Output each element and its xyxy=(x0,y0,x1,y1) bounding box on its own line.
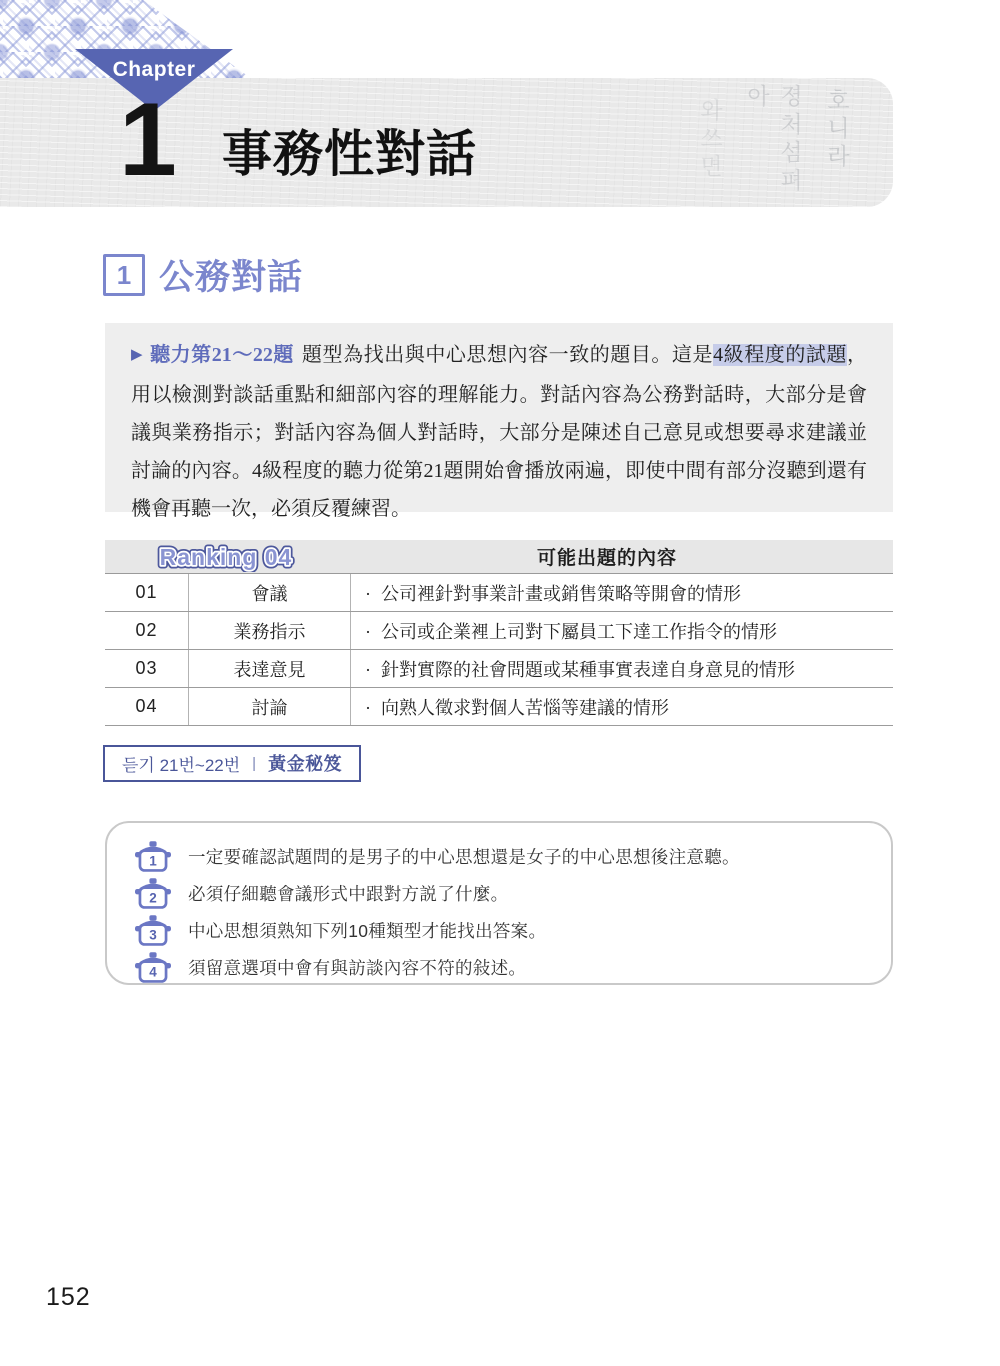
golden-tips-title: 黃金秘笈 xyxy=(268,750,342,776)
bullet-icon: · xyxy=(365,584,371,604)
pot-icon: 4 xyxy=(135,952,171,983)
section-title: 公務對話 xyxy=(159,250,303,300)
row-description: ·公司或企業裡上司對下屬員工下達工作指令的情形 xyxy=(351,618,893,644)
tip-number: 4 xyxy=(149,965,157,980)
intro-paragraph: ▶聽力第21～22題題型為找出與中心思想內容一致的題目。這是4級程度的試題，用以… xyxy=(105,323,893,512)
tip-text: 中心思想須熟知下列10種類型才能找出答案。 xyxy=(188,918,546,943)
bullet-icon: · xyxy=(365,660,371,680)
listening-range-korean: 듣기 21번~22번 xyxy=(122,751,240,776)
intro-lead: 聽力第21～22題 xyxy=(150,344,294,366)
hangul-calligraphy-watermark: 와쓰면 졍처섬펴아 호니라 xyxy=(693,84,853,202)
row-number: 03 xyxy=(105,650,189,687)
tip-text: 須留意選項中會有與訪談內容不符的敍述。 xyxy=(188,955,526,980)
watermark-column: 와쓰면 xyxy=(693,98,726,182)
bullet-icon: · xyxy=(365,622,371,642)
table-row: 03 表達意見 ·針對實際的社會問題或某種事實表達自身意見的情形 xyxy=(105,650,893,688)
row-category: 業務指示 xyxy=(189,612,351,649)
row-description-text: 針對實際的社會問題或某種事實表達自身意見的情形 xyxy=(381,660,795,680)
pot-icon: 1 xyxy=(135,841,171,872)
list-item: 4 須留意選項中會有與訪談內容不符的敍述。 xyxy=(135,949,867,986)
ranking-table-title: 可能出題的內容 xyxy=(321,543,893,570)
table-row: 01 會議 ·公司裡針對事業計畫或銷售策略等開會的情形 xyxy=(105,574,893,612)
pot-icon: 3 xyxy=(135,915,171,946)
tip-number: 2 xyxy=(149,891,157,906)
ranking-badge: Ranking 04 Ranking 04 xyxy=(131,542,321,572)
row-description: ·公司裡針對事業計畫或銷售策略等開會的情形 xyxy=(351,580,893,606)
pot-icon: 2 xyxy=(135,878,171,909)
row-category: 表達意見 xyxy=(189,650,351,687)
watermark-column: 졍처섬펴아 xyxy=(740,84,806,202)
bullet-icon: · xyxy=(365,698,371,718)
tip-number: 1 xyxy=(149,854,157,869)
page-number: 152 xyxy=(46,1283,91,1312)
table-row: 02 業務指示 ·公司或企業裡上司對下屬員工下達工作指令的情形 xyxy=(105,612,893,650)
ranking-badge-text: Ranking 04 xyxy=(160,544,293,570)
row-description: ·向熟人徵求對個人苦惱等建議的情形 xyxy=(351,694,893,720)
section-number: 1 xyxy=(117,260,131,291)
list-item: 2 必須仔細聽會議形式中跟對方説了什麼。 xyxy=(135,875,867,912)
arrow-right-icon: ▶ xyxy=(131,346,143,363)
row-description-text: 公司裡針對事業計畫或銷售策略等開會的情形 xyxy=(381,584,741,604)
golden-tips-box: 1 一定要確認試題問的是男子的中心思想還是女子的中心思想後注意聽。 2 必須仔細… xyxy=(105,821,893,985)
book-page: 와쓰면 졍처섬펴아 호니라 Chapter 1 事務性對話 1 公務對話 ▶聽力… xyxy=(0,0,1000,1366)
label-divider: | xyxy=(252,755,256,772)
row-description: ·針對實際的社會問題或某種事實表達自身意見的情形 xyxy=(351,656,893,682)
watermark-column: 호니라 xyxy=(820,88,853,172)
row-description-text: 向熟人徵求對個人苦惱等建議的情形 xyxy=(381,698,669,718)
row-number: 02 xyxy=(105,612,189,649)
chapter-title: 事務性對話 xyxy=(222,114,477,186)
row-category: 會議 xyxy=(189,574,351,611)
row-category: 討論 xyxy=(189,688,351,725)
chapter-number: 1 xyxy=(119,88,177,192)
row-number: 04 xyxy=(105,688,189,725)
intro-body-1: 題型為找出與中心思想內容一致的題目。這是 xyxy=(302,344,713,366)
list-item: 1 一定要確認試題問的是男子的中心思想還是女子的中心思想後注意聽。 xyxy=(135,838,867,875)
tip-number: 3 xyxy=(149,928,157,943)
ranking-table: Ranking 04 Ranking 04 可能出題的內容 01 會議 ·公司裡… xyxy=(105,540,893,726)
intro-highlight: 4級程度的試題 xyxy=(713,344,847,366)
list-item: 3 中心思想須熟知下列10種類型才能找出答案。 xyxy=(135,912,867,949)
section-number-box: 1 xyxy=(103,254,145,296)
ranking-table-header: Ranking 04 Ranking 04 可能出題的內容 xyxy=(105,540,893,574)
table-row: 04 討論 ·向熟人徵求對個人苦惱等建議的情形 xyxy=(105,688,893,726)
row-description-text: 公司或企業裡上司對下屬員工下達工作指令的情形 xyxy=(381,622,777,642)
tip-text: 必須仔細聽會議形式中跟對方説了什麼。 xyxy=(188,881,508,906)
intro-body-2: ，用以檢測對談話重點和細部內容的理解能力。對話內容為公務對話時，大部分是會議與業… xyxy=(131,344,867,520)
tip-text: 一定要確認試題問的是男子的中心思想還是女子的中心思想後注意聽。 xyxy=(188,844,740,869)
listening-range-label: 듣기 21번~22번 | 黃金秘笈 xyxy=(103,745,361,782)
row-number: 01 xyxy=(105,574,189,611)
section-heading: 1 公務對話 xyxy=(103,250,303,300)
